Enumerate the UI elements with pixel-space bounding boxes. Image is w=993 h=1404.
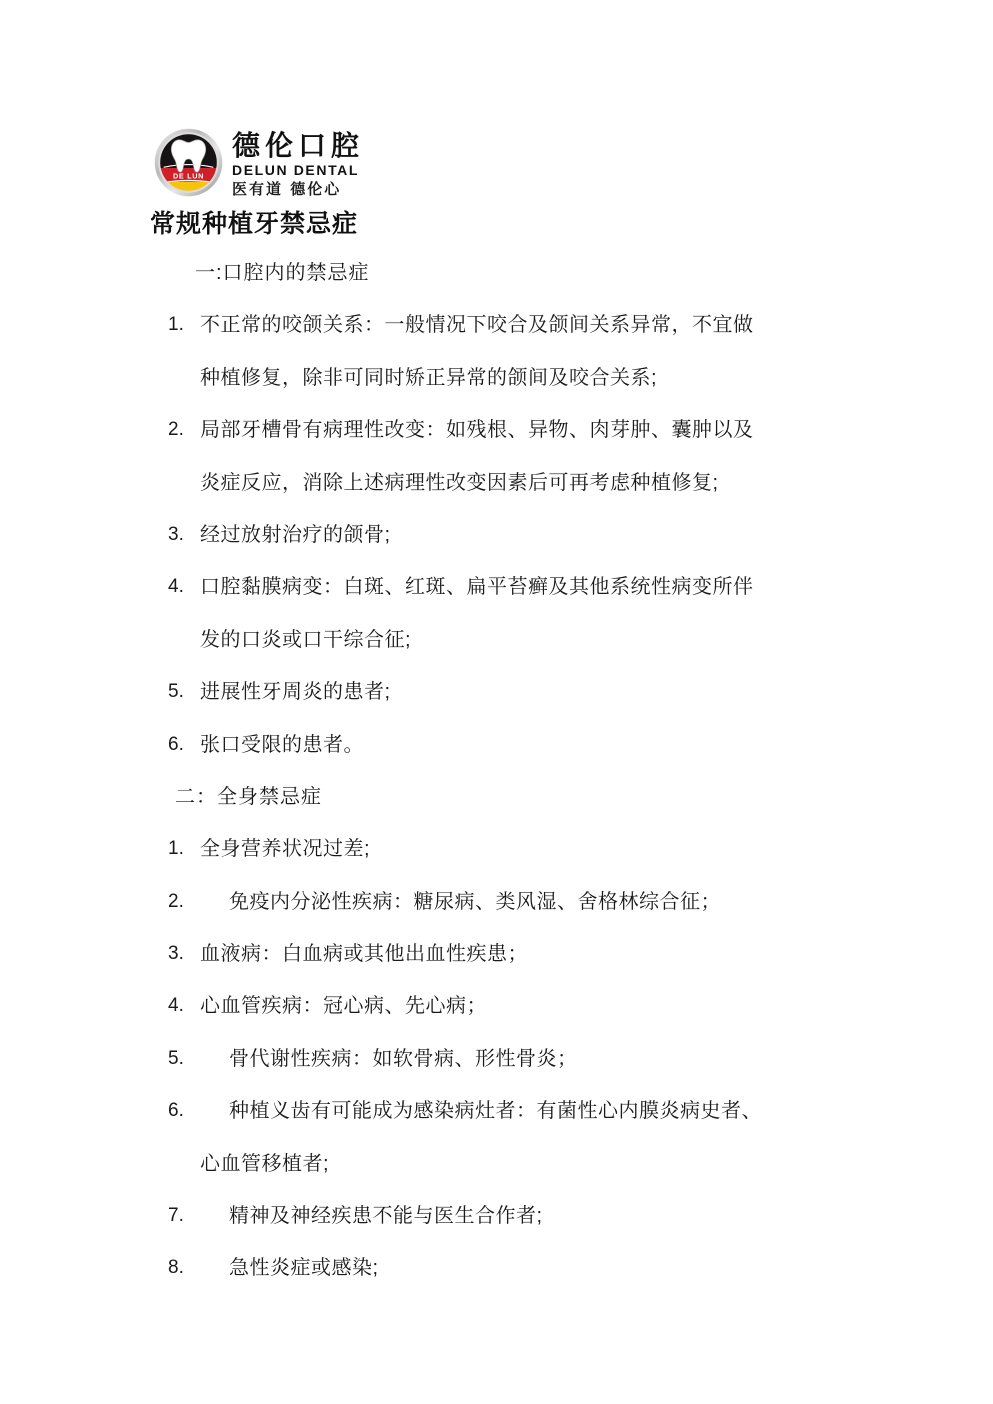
list-item-line: 6.种植义齿有可能成为感染病灶者：有菌性心内膜炎病史者、 <box>150 1085 870 1137</box>
brand-text-block: 德伦口腔 DELUN DENTAL 医有道 德伦心 <box>232 128 364 198</box>
list-item-line: 炎症反应，消除上述病理性改变因素后可再考虑种植修复; <box>150 457 870 509</box>
list-item-number: 7. <box>168 1190 184 1242</box>
list-item-text: 口腔黏膜病变：白斑、红斑、扁平苔癣及其他系统性病变所伴 <box>150 561 754 613</box>
document-body: 一:口腔内的禁忌症1.不正常的咬颌关系：一般情况下咬合及颌间关系异常，不宜做种植… <box>150 247 870 1295</box>
brand-slogan: 医有道 德伦心 <box>232 180 364 198</box>
list-item-line: 1.全身营养状况过差; <box>150 823 870 875</box>
list-item-text: 发的口炎或口干综合征; <box>150 614 411 666</box>
list-item-line: 5.进展性牙周炎的患者; <box>150 666 870 718</box>
list-item-line: 7.精神及神经疾患不能与医生合作者; <box>150 1190 870 1242</box>
list-item-text: 经过放射治疗的颌骨; <box>150 509 391 561</box>
list-item-text: 骨代谢性疾病：如软骨病、形性骨炎； <box>150 1033 578 1085</box>
list-item-text: 进展性牙周炎的患者; <box>150 666 391 718</box>
list-item-text: 种植修复，除非可同时矫正异常的颌间及咬合关系; <box>150 352 657 404</box>
list-item-number: 3. <box>168 928 184 980</box>
list-item-number: 4. <box>168 980 184 1032</box>
list-item-line: 3.血液病：白血病或其他出血性疾患； <box>150 928 870 980</box>
list-item-line: 发的口炎或口干综合征; <box>150 614 870 666</box>
section-heading: 一:口腔内的禁忌症 <box>150 247 870 299</box>
list-item-line: 种植修复，除非可同时矫正异常的颌间及咬合关系; <box>150 352 870 404</box>
list-item-number: 5. <box>168 666 184 718</box>
list-item-line: 4.心血管疾病：冠心病、先心病； <box>150 980 870 1032</box>
list-item-number: 6. <box>168 1085 184 1137</box>
list-item-line: 6.张口受限的患者。 <box>150 719 870 771</box>
list-item-line: 3.经过放射治疗的颌骨; <box>150 509 870 561</box>
list-item-number: 5. <box>168 1033 184 1085</box>
badge-text: DE LUN <box>173 171 204 180</box>
list-item-number: 3. <box>168 509 184 561</box>
list-item-number: 1. <box>168 823 184 875</box>
brand-name-cn: 德伦口腔 <box>232 131 364 161</box>
list-item-line: 4.口腔黏膜病变：白斑、红斑、扁平苔癣及其他系统性病变所伴 <box>150 561 870 613</box>
list-item-text: 免疫内分泌性疾病：糖尿病、类风湿、舍格林综合征； <box>150 876 721 928</box>
list-item-line: 2.免疫内分泌性疾病：糖尿病、类风湿、舍格林综合征； <box>150 876 870 928</box>
list-item-text: 炎症反应，消除上述病理性改变因素后可再考虑种植修复; <box>150 457 719 509</box>
section-heading-text: 一:口腔内的禁忌症 <box>150 247 370 299</box>
list-item-number: 2. <box>168 404 184 456</box>
list-item-number: 4. <box>168 561 184 613</box>
list-item-number: 8. <box>168 1242 184 1294</box>
logo: DE LUN 德伦口腔 DELUN DENTAL 医有道 德伦心 <box>154 128 364 198</box>
page-title: 常规种植牙禁忌症 <box>150 204 358 240</box>
list-item-text: 种植义齿有可能成为感染病灶者：有菌性心内膜炎病史者、 <box>150 1085 762 1137</box>
list-item-number: 2. <box>168 876 184 928</box>
document-page: DE LUN 德伦口腔 DELUN DENTAL 医有道 德伦心 常规种植牙禁忌… <box>0 0 993 1404</box>
list-item-text: 心血管疾病：冠心病、先心病； <box>150 980 487 1032</box>
list-item-line: 8.急性炎症或感染; <box>150 1242 870 1294</box>
list-item-number: 6. <box>168 719 184 771</box>
list-item-line: 2.局部牙槽骨有病理性改变：如残根、异物、肉芽肿、囊肿以及 <box>150 404 870 456</box>
list-item-text: 不正常的咬颌关系：一般情况下咬合及颌间关系异常，不宜做 <box>150 299 754 351</box>
list-item-text: 心血管移植者; <box>150 1138 329 1190</box>
list-item-text: 血液病：白血病或其他出血性疾患； <box>150 928 528 980</box>
list-item-line: 心血管移植者; <box>150 1138 870 1190</box>
list-item-line: 1.不正常的咬颌关系：一般情况下咬合及颌间关系异常，不宜做 <box>150 299 870 351</box>
brand-name-en: DELUN DENTAL <box>232 162 364 178</box>
list-item-text: 精神及神经疾患不能与医生合作者; <box>150 1190 543 1242</box>
tooth-badge-icon: DE LUN <box>154 128 223 197</box>
section-heading: 二：全身禁忌症 <box>150 771 870 823</box>
section-heading-text: 二：全身禁忌症 <box>150 771 322 823</box>
list-item-text: 急性炎症或感染; <box>150 1242 379 1294</box>
list-item-text: 局部牙槽骨有病理性改变：如残根、异物、肉芽肿、囊肿以及 <box>150 404 754 456</box>
list-item-number: 1. <box>168 299 184 351</box>
list-item-line: 5.骨代谢性疾病：如软骨病、形性骨炎； <box>150 1033 870 1085</box>
